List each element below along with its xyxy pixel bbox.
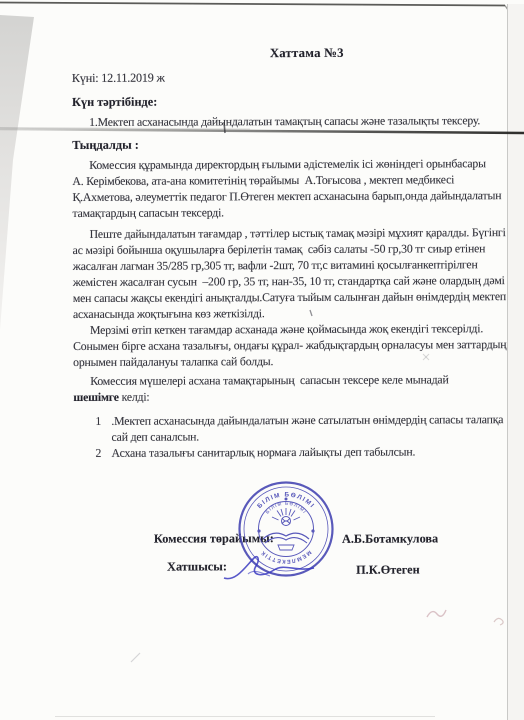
decision-intro-line2: шешімге келді: xyxy=(73,387,497,405)
paragraph-line: орнымен пайдалануы талапка сай болды. xyxy=(73,352,497,370)
paragraph-commission: Комессия құрамында директордың ғылыми әд… xyxy=(72,155,496,221)
paragraph-line: жасалған лагман 35/285 гр,305 тг, вафли … xyxy=(73,256,497,274)
paragraph-line: А. Керімбекова, ата-ана комитетінің төра… xyxy=(72,171,496,189)
paragraph-line: Сонымен бірге асхана тазалығы, ондағы құ… xyxy=(73,336,497,354)
list-item-text: Асхана тазалығы санитарлық нормаға лайық… xyxy=(112,443,498,461)
paragraph-line: асханасында жоқтығына көз жеткізілді. xyxy=(73,304,497,322)
paragraph-expiry-check: Мерзімі өтіп кеткен тағамдар асханада жә… xyxy=(73,320,497,370)
document-title: Хаттама №3 xyxy=(45,44,524,62)
list-item-number: 2 xyxy=(96,445,112,461)
pen-signature xyxy=(218,548,328,590)
decision-intro: Комессия мүшелері асхана тамақтарының са… xyxy=(73,371,497,405)
decision-tail: келді: xyxy=(119,390,150,404)
list-item-text: .Мектеп асханасында дайындалатын және са… xyxy=(111,411,503,445)
list-item-line: сай деп саналсын. xyxy=(111,427,503,445)
paragraph-line: ас мәзірі бойынша оқушыларға берілетін т… xyxy=(73,240,497,258)
scan-right-edge xyxy=(507,4,524,720)
scanned-protocol-page: Хаттама №3 Күні: 12.11.2019 ж Күн тәртіб… xyxy=(0,0,524,720)
paragraph-line: жемістен жасалған сусын –200 гр, 35 тг, … xyxy=(73,272,497,290)
agenda-item: 1.Мектеп асханасында дайындалатын тамақт… xyxy=(72,112,496,130)
decision-bold-word: шешімге xyxy=(73,390,119,404)
list-item-line: Асхана тазалығы санитарлық нормаға лайық… xyxy=(112,443,498,461)
list-item: 1 .Мектеп асханасында дайындалатын және … xyxy=(95,411,497,445)
agenda-heading: Күн тәртібінде: xyxy=(72,92,496,110)
list-item-number: 1 xyxy=(95,413,111,429)
paragraph-line: мен сапасы жақсы екендігі анықталды.Сату… xyxy=(73,288,497,306)
signature-name-chair: А.Б.Ботамкулова xyxy=(342,531,438,546)
paragraph-line: Комессия құрамында директордың ғылыми әд… xyxy=(72,155,496,173)
stamp-ring-text-top: БІЛІМ БӨЛІМІ xyxy=(256,491,316,510)
decision-list: 1 .Мектеп асханасында дайындалатын және … xyxy=(95,411,497,461)
list-item: 2 Асхана тазалығы санитарлық нормаға лай… xyxy=(96,443,498,461)
date-line: Күні: 12.11.2019 ж xyxy=(72,68,496,86)
paragraph-line: Мерзімі өтіп кеткен тағамдар асханада жә… xyxy=(73,320,497,338)
scan-bottom-edge xyxy=(55,716,435,717)
heard-heading: Тыңдалды : xyxy=(72,135,496,153)
paragraph-line: тамақтардың сапасын тексерді. xyxy=(72,203,496,221)
paragraph-line: Қ.Ахметова, әлеуметтік педагог П.Өтеген … xyxy=(72,187,496,205)
svg-text:БІЛІМ БӨЛІМІ: БІЛІМ БӨЛІМІ xyxy=(256,491,316,510)
decision-intro-line: Комессия мүшелері асхана тамақтарының са… xyxy=(73,371,497,389)
stamp-emblem xyxy=(258,498,314,550)
scan-left-edge-shadow xyxy=(0,0,40,335)
paragraph-line: Пеште дайындалатын тағамдар , тәттілер ы… xyxy=(73,224,497,242)
signature-name-secretary: П.К.Өтеген xyxy=(356,562,420,577)
paragraph-menu-check: Пеште дайындалатын тағамдар , тәттілер ы… xyxy=(73,224,497,322)
list-item-line: .Мектеп асханасында дайындалатын және са… xyxy=(111,411,503,429)
